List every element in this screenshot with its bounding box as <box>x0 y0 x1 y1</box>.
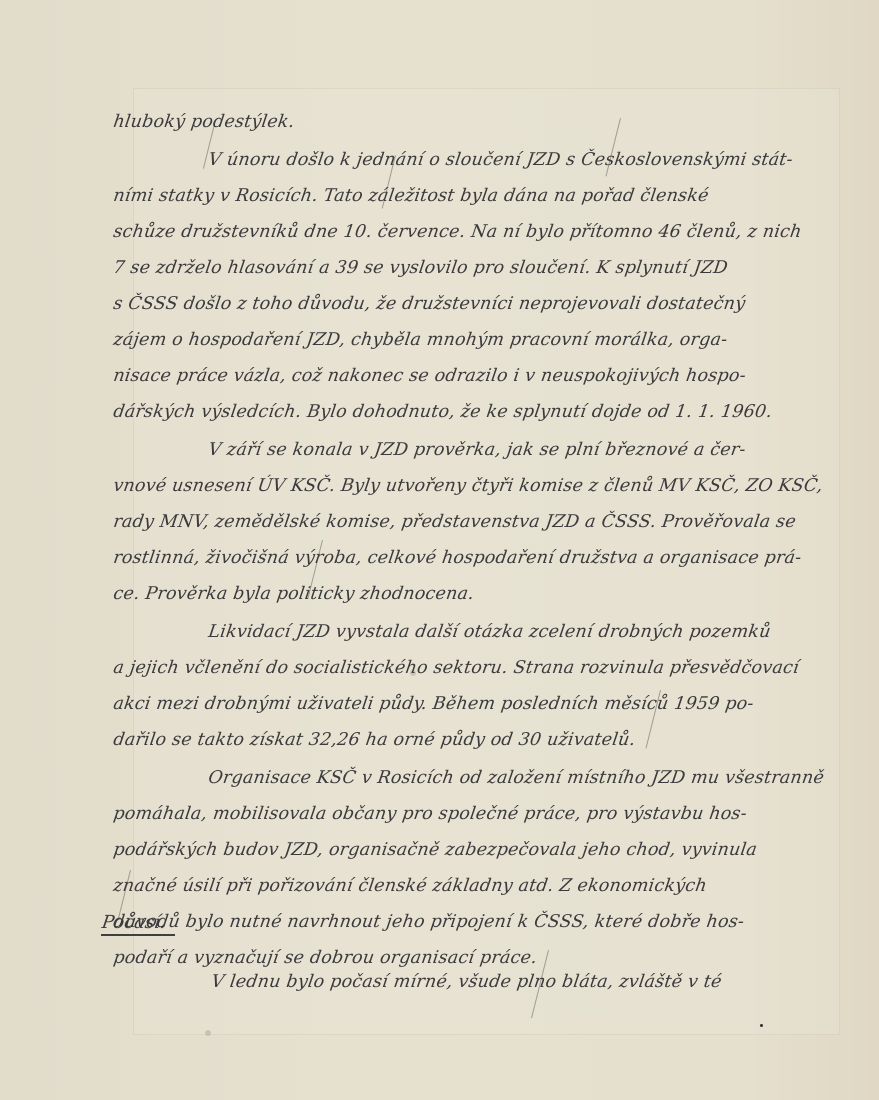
text-line: ce. Prověrka byla politicky zhodnocena. <box>112 584 475 604</box>
text-line: vnové usnesení ÚV KSČ. Byly utvořeny čty… <box>112 476 824 496</box>
text-line: dářských výsledcích. Bylo dohodnuto, že … <box>112 402 774 422</box>
text-line: V lednu bylo počasí mírné, všude plno bl… <box>210 972 723 992</box>
text-line: 7 se zdrželo hlasování a 39 se vyslovilo… <box>112 258 729 278</box>
text-line: zájem o hospodaření JZD, chyběla mnohým … <box>112 330 729 350</box>
text-line: důvodů bylo nutné navrhnout jeho připoje… <box>112 912 745 932</box>
text-line: ními statky v Rosicích. Tato záležitost … <box>112 186 710 206</box>
paragraph-start-line: V září se konala v JZD prověrka, jak se … <box>207 440 747 460</box>
ink-speck <box>760 1024 763 1027</box>
text-line: podaří a vyznačují se dobrou organisací … <box>112 948 538 968</box>
paragraph-start-line: Likvidací JZD vyvstala další otázka zcel… <box>207 622 772 642</box>
section-heading-weather: Počasí. <box>101 912 168 933</box>
text-line: schůze družstevníků dne 10. července. Na… <box>112 222 803 242</box>
paragraph-start-line: V únoru došlo k jednání o sloučení JZD s… <box>207 150 794 170</box>
text-line: hluboký podestýlek. <box>112 112 296 132</box>
text-line: nisace práce vázla, což nakonec se odraz… <box>112 366 747 386</box>
heading-underline <box>101 934 175 936</box>
ink-smudge <box>205 1030 211 1036</box>
text-line: rostlinná, živočišná výroba, celkové hos… <box>112 548 803 568</box>
text-line: a jejich včlenění do socialistického sek… <box>112 658 800 678</box>
text-line: podářských budov JZD, organisačně zabezp… <box>112 840 758 860</box>
text-line: pomáhala, mobilisovala občany pro společ… <box>112 804 748 824</box>
text-line: rady MNV, zemědělské komise, představens… <box>112 512 797 532</box>
paragraph-start-line: Organisace KSČ v Rosicích od založení mí… <box>207 768 825 788</box>
text-line: s ČSSS došlo z toho důvodu, že družstevn… <box>112 294 747 314</box>
scanned-page: hluboký podestýlek. V únoru došlo k jedn… <box>0 0 879 1100</box>
text-line: značné úsilí při pořizování členské zákl… <box>112 876 708 896</box>
text-line: dařilo se takto získat 32,26 ha orné půd… <box>112 730 637 750</box>
